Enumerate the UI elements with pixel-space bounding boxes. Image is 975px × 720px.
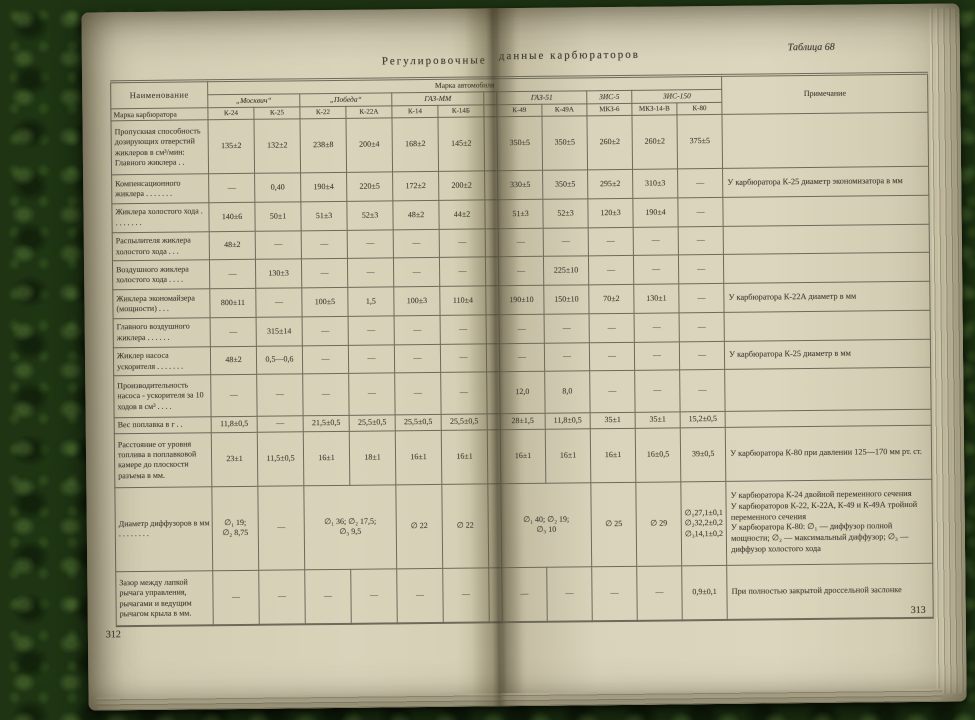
value-cell: — bbox=[633, 255, 678, 284]
value-cell: — bbox=[637, 566, 683, 621]
value-cell: 800±11 bbox=[210, 288, 256, 317]
value-cell: — bbox=[440, 315, 486, 344]
value-cell: — bbox=[255, 230, 301, 259]
value-cell: 51±3 bbox=[498, 199, 543, 228]
value-cell: 8,0 bbox=[545, 371, 590, 413]
value-cell: 310±3 bbox=[633, 169, 678, 198]
value-cell: 16±1 bbox=[500, 429, 546, 483]
value-cell: 16±1 bbox=[303, 431, 350, 485]
row-label: Зазор между лапкой рычага управления, ры… bbox=[116, 571, 214, 627]
row-label: Пропускная способность дозирующих отверс… bbox=[111, 120, 209, 175]
value-cell: — bbox=[634, 341, 679, 370]
value-cell: 135±2 bbox=[208, 120, 255, 174]
value-cell: 50±1 bbox=[255, 202, 301, 231]
carburetor-model-header: К-49А bbox=[542, 103, 587, 116]
value-cell: 16±1 bbox=[395, 430, 442, 484]
note-cell: У карбюратора К-80 при давлении 125—170 … bbox=[725, 425, 932, 481]
gutter-spacer-cell bbox=[486, 315, 499, 344]
value-cell: 110±4 bbox=[440, 286, 486, 315]
value-cell: — bbox=[256, 288, 302, 317]
value-cell: 0,9±0,1 bbox=[682, 565, 728, 620]
gutter-spacer-cell bbox=[485, 200, 498, 229]
value-cell: 48±2 bbox=[209, 231, 255, 260]
vehicle-group-header: ГАЗ-ММ bbox=[392, 92, 484, 106]
page-stack-bottom-edge bbox=[97, 689, 943, 711]
value-cell: 16±1 bbox=[590, 428, 636, 482]
value-cell: 52±3 bbox=[543, 199, 588, 228]
value-cell: — bbox=[441, 372, 487, 414]
vehicle-group-header: ЗИС-5 bbox=[587, 90, 632, 103]
carburetor-model-header: К-14Б bbox=[438, 104, 484, 117]
value-cell: — bbox=[351, 569, 398, 624]
value-cell: 16±1 bbox=[441, 430, 488, 484]
value-cell: — bbox=[209, 260, 255, 289]
value-cell: — bbox=[443, 568, 490, 623]
carburetor-model-header: МКЗ-14-В bbox=[632, 102, 677, 115]
value-cell: — bbox=[439, 229, 485, 258]
page-title-right-part: данные карбюраторов bbox=[499, 49, 640, 62]
value-cell: 120±3 bbox=[588, 198, 633, 227]
value-cell: — bbox=[395, 373, 441, 415]
note-cell bbox=[723, 224, 929, 255]
vehicle-group-header: ЗИС-150 bbox=[632, 89, 722, 103]
value-cell: — bbox=[590, 371, 635, 413]
value-cell: — bbox=[257, 416, 303, 433]
gutter-spacer-cell bbox=[484, 117, 498, 171]
note-cell: У карбюратора К-25 диаметр экономизатора… bbox=[723, 166, 929, 197]
value-cell: — bbox=[211, 375, 257, 417]
row-label: Воздушного жиклера холостого хода . . . … bbox=[112, 260, 209, 290]
value-cell: — bbox=[302, 316, 348, 345]
row-label: Вес поплавка в г . . bbox=[114, 416, 211, 433]
value-cell: — bbox=[679, 312, 724, 341]
value-cell: 1,5 bbox=[348, 287, 394, 316]
value-cell: — bbox=[635, 370, 680, 412]
gutter-spacer-cell bbox=[486, 286, 499, 315]
value-cell: — bbox=[589, 342, 634, 371]
value-cell: ∅₁ 36; ∅₂ 17,5; ∅₃ 9,5 bbox=[304, 485, 397, 570]
value-cell: 25,5±0,5 bbox=[395, 414, 441, 431]
value-cell: — bbox=[347, 229, 393, 258]
gutter-spacer-cell bbox=[487, 372, 500, 413]
row-label: Жиклер насоса ускорителя . . . . . . . bbox=[113, 346, 210, 376]
value-cell: 23±1 bbox=[211, 432, 258, 486]
gutter-spacer-cell bbox=[489, 568, 503, 623]
note-cell: У карбюратора К-25 диаметр в мм bbox=[725, 339, 931, 370]
carburetor-model-header: К-25 bbox=[254, 106, 300, 119]
value-cell: — bbox=[544, 314, 589, 343]
value-cell: 200±2 bbox=[439, 171, 485, 200]
value-cell: — bbox=[502, 567, 548, 622]
value-cell: 260±2 bbox=[632, 115, 678, 169]
value-cell: 350±5 bbox=[543, 170, 588, 199]
page-number-right: 313 bbox=[911, 605, 926, 616]
value-cell: 25,5±0,5 bbox=[441, 414, 487, 431]
row-header-carburetor-make: Марка карбюратора bbox=[111, 107, 208, 121]
photo-of-open-book: { "header": { "title_left": "Регулировоч… bbox=[0, 0, 975, 720]
value-cell: 52±3 bbox=[347, 201, 393, 230]
value-cell: — bbox=[305, 569, 352, 624]
row-label: Диаметр диффузоров в мм . . . . . . . . bbox=[115, 487, 213, 572]
table-row: Пропускная способность дозирующих отверс… bbox=[111, 113, 929, 175]
value-cell: 375±5 bbox=[677, 115, 723, 169]
value-cell: 190±4 bbox=[633, 198, 678, 227]
value-cell: 11,8±0,5 bbox=[211, 416, 257, 433]
value-cell: 35±1 bbox=[635, 412, 680, 429]
carburetor-model-header: К-49 bbox=[497, 104, 542, 117]
carburetor-model-header: К-80 bbox=[677, 102, 722, 115]
row-label: Главного воздушного жиклера . . . . . . bbox=[113, 318, 210, 348]
value-cell: 18±1 bbox=[349, 431, 396, 485]
value-cell: — bbox=[301, 259, 347, 288]
table-row: Диаметр диффузоров в мм . . . . . . . .∅… bbox=[115, 479, 933, 572]
value-cell: 220±5 bbox=[347, 172, 393, 201]
value-cell: ∅ 25 bbox=[591, 482, 637, 567]
value-cell: — bbox=[498, 257, 543, 286]
value-cell: 130±1 bbox=[634, 284, 679, 313]
value-cell: — bbox=[633, 227, 678, 256]
value-cell: 132±2 bbox=[254, 119, 301, 173]
value-cell: ∅ 22 bbox=[442, 484, 489, 569]
value-cell: 70±2 bbox=[589, 284, 634, 313]
value-cell: 48±2 bbox=[393, 200, 439, 229]
value-cell: — bbox=[349, 373, 395, 415]
value-cell: 48±2 bbox=[210, 346, 256, 375]
value-cell: — bbox=[588, 256, 633, 285]
value-cell: 12,0 bbox=[500, 372, 545, 414]
value-cell: — bbox=[440, 344, 486, 373]
note-cell bbox=[723, 195, 929, 226]
value-cell: — bbox=[257, 374, 303, 416]
value-cell: 140±6 bbox=[209, 202, 255, 231]
value-cell: — bbox=[439, 257, 485, 286]
value-cell: 44±2 bbox=[439, 200, 485, 229]
value-cell: — bbox=[213, 570, 260, 625]
value-cell: ∅₁27,1±0,1 ∅₂32,2±0,2 ∅₃14,1±0,2 bbox=[681, 481, 727, 566]
value-cell: 25,5±0,5 bbox=[349, 415, 395, 432]
value-cell: 295±2 bbox=[588, 169, 633, 198]
value-cell: — bbox=[301, 230, 347, 259]
carburetor-model-header: К-22 bbox=[300, 106, 346, 119]
value-cell: — bbox=[678, 169, 723, 198]
value-cell: — bbox=[347, 258, 393, 287]
gutter-spacer-cell bbox=[487, 430, 501, 484]
value-cell: 350±5 bbox=[542, 116, 588, 170]
carburetor-data-table-container: НаименованиеМарка автомобиляПримечание„М… bbox=[110, 72, 933, 628]
value-cell: 0,40 bbox=[255, 173, 301, 202]
vehicle-group-header: ГАЗ-51 bbox=[497, 91, 587, 105]
value-cell: — bbox=[679, 341, 724, 370]
value-cell: ∅₁ 19; ∅₂ 8,75 bbox=[212, 486, 259, 571]
value-cell: 225±10 bbox=[543, 256, 588, 285]
value-cell: 100±3 bbox=[394, 287, 440, 316]
gutter-spacer-cell bbox=[485, 171, 498, 200]
gutter-spacer-cell bbox=[486, 343, 499, 372]
value-cell: 260±2 bbox=[587, 116, 633, 170]
value-cell: 190±4 bbox=[301, 172, 347, 201]
gutter-spacer-cell bbox=[488, 483, 502, 567]
value-cell: — bbox=[498, 228, 543, 257]
value-cell: 168±2 bbox=[392, 118, 439, 172]
row-label: Расстояние от уровня топлива в поплавков… bbox=[114, 433, 212, 488]
gutter-spacer-cell bbox=[484, 92, 497, 105]
value-cell: — bbox=[259, 570, 306, 625]
value-cell: — bbox=[678, 197, 723, 226]
value-cell: — bbox=[210, 317, 256, 346]
note-cell bbox=[724, 310, 930, 341]
note-cell bbox=[722, 113, 929, 169]
value-cell: ∅ 22 bbox=[396, 484, 443, 569]
value-cell: — bbox=[393, 258, 439, 287]
note-cell bbox=[724, 253, 930, 284]
carburetor-model-header: К-24 bbox=[208, 107, 254, 120]
note-cell bbox=[725, 368, 931, 411]
row-label: Распылителя жиклера холостого хода . . . bbox=[112, 231, 209, 261]
value-cell: — bbox=[499, 314, 544, 343]
value-cell: 11,8±0,5 bbox=[545, 412, 590, 429]
carburetor-model-header: К-14 bbox=[392, 105, 438, 118]
row-label: Компенсационного жиклера . . . . . . . bbox=[112, 174, 209, 204]
value-cell: 0,5—0,6 bbox=[256, 345, 302, 374]
carburetor-model-header: МКЗ-6 bbox=[587, 103, 632, 116]
value-cell: — bbox=[303, 374, 349, 416]
row-label: Жиклера холостого хода . . . . . . . . bbox=[112, 203, 209, 233]
value-cell: 315±14 bbox=[256, 317, 302, 346]
value-cell: 51±3 bbox=[301, 201, 347, 230]
gutter-spacer-cell bbox=[484, 104, 497, 117]
value-cell: — bbox=[634, 313, 679, 342]
value-cell: 200±4 bbox=[346, 118, 393, 172]
value-cell: — bbox=[543, 227, 588, 256]
value-cell: — bbox=[680, 370, 726, 412]
value-cell: — bbox=[544, 342, 589, 371]
value-cell: — bbox=[209, 173, 255, 202]
value-cell: 16±1 bbox=[545, 429, 591, 483]
value-cell: — bbox=[678, 255, 723, 284]
value-cell: — bbox=[397, 568, 444, 623]
note-cell: У карбюратора К-22А диаметр в мм bbox=[724, 281, 930, 312]
page-title-left-part: Регулировочные bbox=[382, 54, 487, 67]
row-label: Жиклера экономайзера (мощности) . . . bbox=[113, 289, 210, 319]
table-number-label: Таблица 68 bbox=[788, 42, 835, 53]
page-stack-right-edge bbox=[929, 8, 966, 693]
value-cell: 15,2±0,5 bbox=[680, 411, 725, 428]
carburetor-model-header: К-22А bbox=[346, 105, 392, 118]
value-cell: 16±0,5 bbox=[635, 428, 681, 482]
value-cell: ∅ 29 bbox=[636, 482, 682, 567]
value-cell: 330±5 bbox=[498, 170, 543, 199]
value-cell: 35±1 bbox=[590, 412, 635, 429]
value-cell: 190±10 bbox=[499, 285, 544, 314]
value-cell: 100±5 bbox=[302, 287, 348, 316]
value-cell: — bbox=[348, 344, 394, 373]
value-cell: — bbox=[547, 567, 593, 622]
value-cell: — bbox=[394, 315, 440, 344]
spread-table: НаименованиеМарка автомобиляПримечание„М… bbox=[110, 72, 934, 628]
value-cell: 145±2 bbox=[438, 117, 485, 171]
vehicle-group-header: „Москвич“ bbox=[208, 94, 300, 108]
value-cell: 172±2 bbox=[393, 172, 439, 201]
vehicle-group-header: „Победа“ bbox=[300, 93, 392, 107]
open-book: Регулировочные данные карбюраторов Табли… bbox=[81, 3, 966, 710]
row-label: Производительность насоса - ускорителя з… bbox=[114, 375, 211, 417]
gutter-spacer-cell bbox=[485, 228, 498, 257]
value-cell: — bbox=[499, 343, 544, 372]
value-cell: 238±8 bbox=[300, 119, 347, 173]
value-cell: — bbox=[348, 316, 394, 345]
value-cell: 28±1,5 bbox=[500, 413, 545, 430]
value-cell: — bbox=[258, 486, 305, 571]
value-cell: — bbox=[589, 313, 634, 342]
table-row: Зазор между лапкой рычага управления, ры… bbox=[116, 563, 934, 626]
column-header-name: Наименование bbox=[111, 81, 208, 109]
value-cell: — bbox=[588, 227, 633, 256]
value-cell: — bbox=[302, 345, 348, 374]
value-cell: — bbox=[678, 226, 723, 255]
page-number-left: 312 bbox=[106, 629, 121, 640]
gutter-spacer-cell bbox=[487, 413, 500, 429]
value-cell: — bbox=[592, 566, 638, 621]
value-cell: 21,5±0,5 bbox=[303, 415, 349, 432]
column-header-note: Примечание bbox=[722, 73, 928, 114]
value-cell: 130±3 bbox=[255, 259, 301, 288]
table-row: Расстояние от уровня топлива в поплавков… bbox=[114, 425, 932, 487]
value-cell: 350±5 bbox=[497, 117, 543, 171]
value-cell: 11,5±0,5 bbox=[257, 432, 304, 486]
value-cell: 39±0,5 bbox=[680, 427, 726, 481]
value-cell: — bbox=[679, 284, 724, 313]
value-cell: — bbox=[394, 344, 440, 373]
note-cell: У карбюратора К-24 двойной переменного с… bbox=[726, 479, 933, 565]
value-cell: — bbox=[393, 229, 439, 258]
note-cell: При полностью закрытой дроссельной засло… bbox=[727, 563, 934, 620]
value-cell: ∅₁ 40; ∅₂ 19; ∅₃ 10 bbox=[501, 483, 592, 568]
value-cell: 150±10 bbox=[544, 285, 589, 314]
gutter-spacer-cell bbox=[485, 257, 498, 286]
